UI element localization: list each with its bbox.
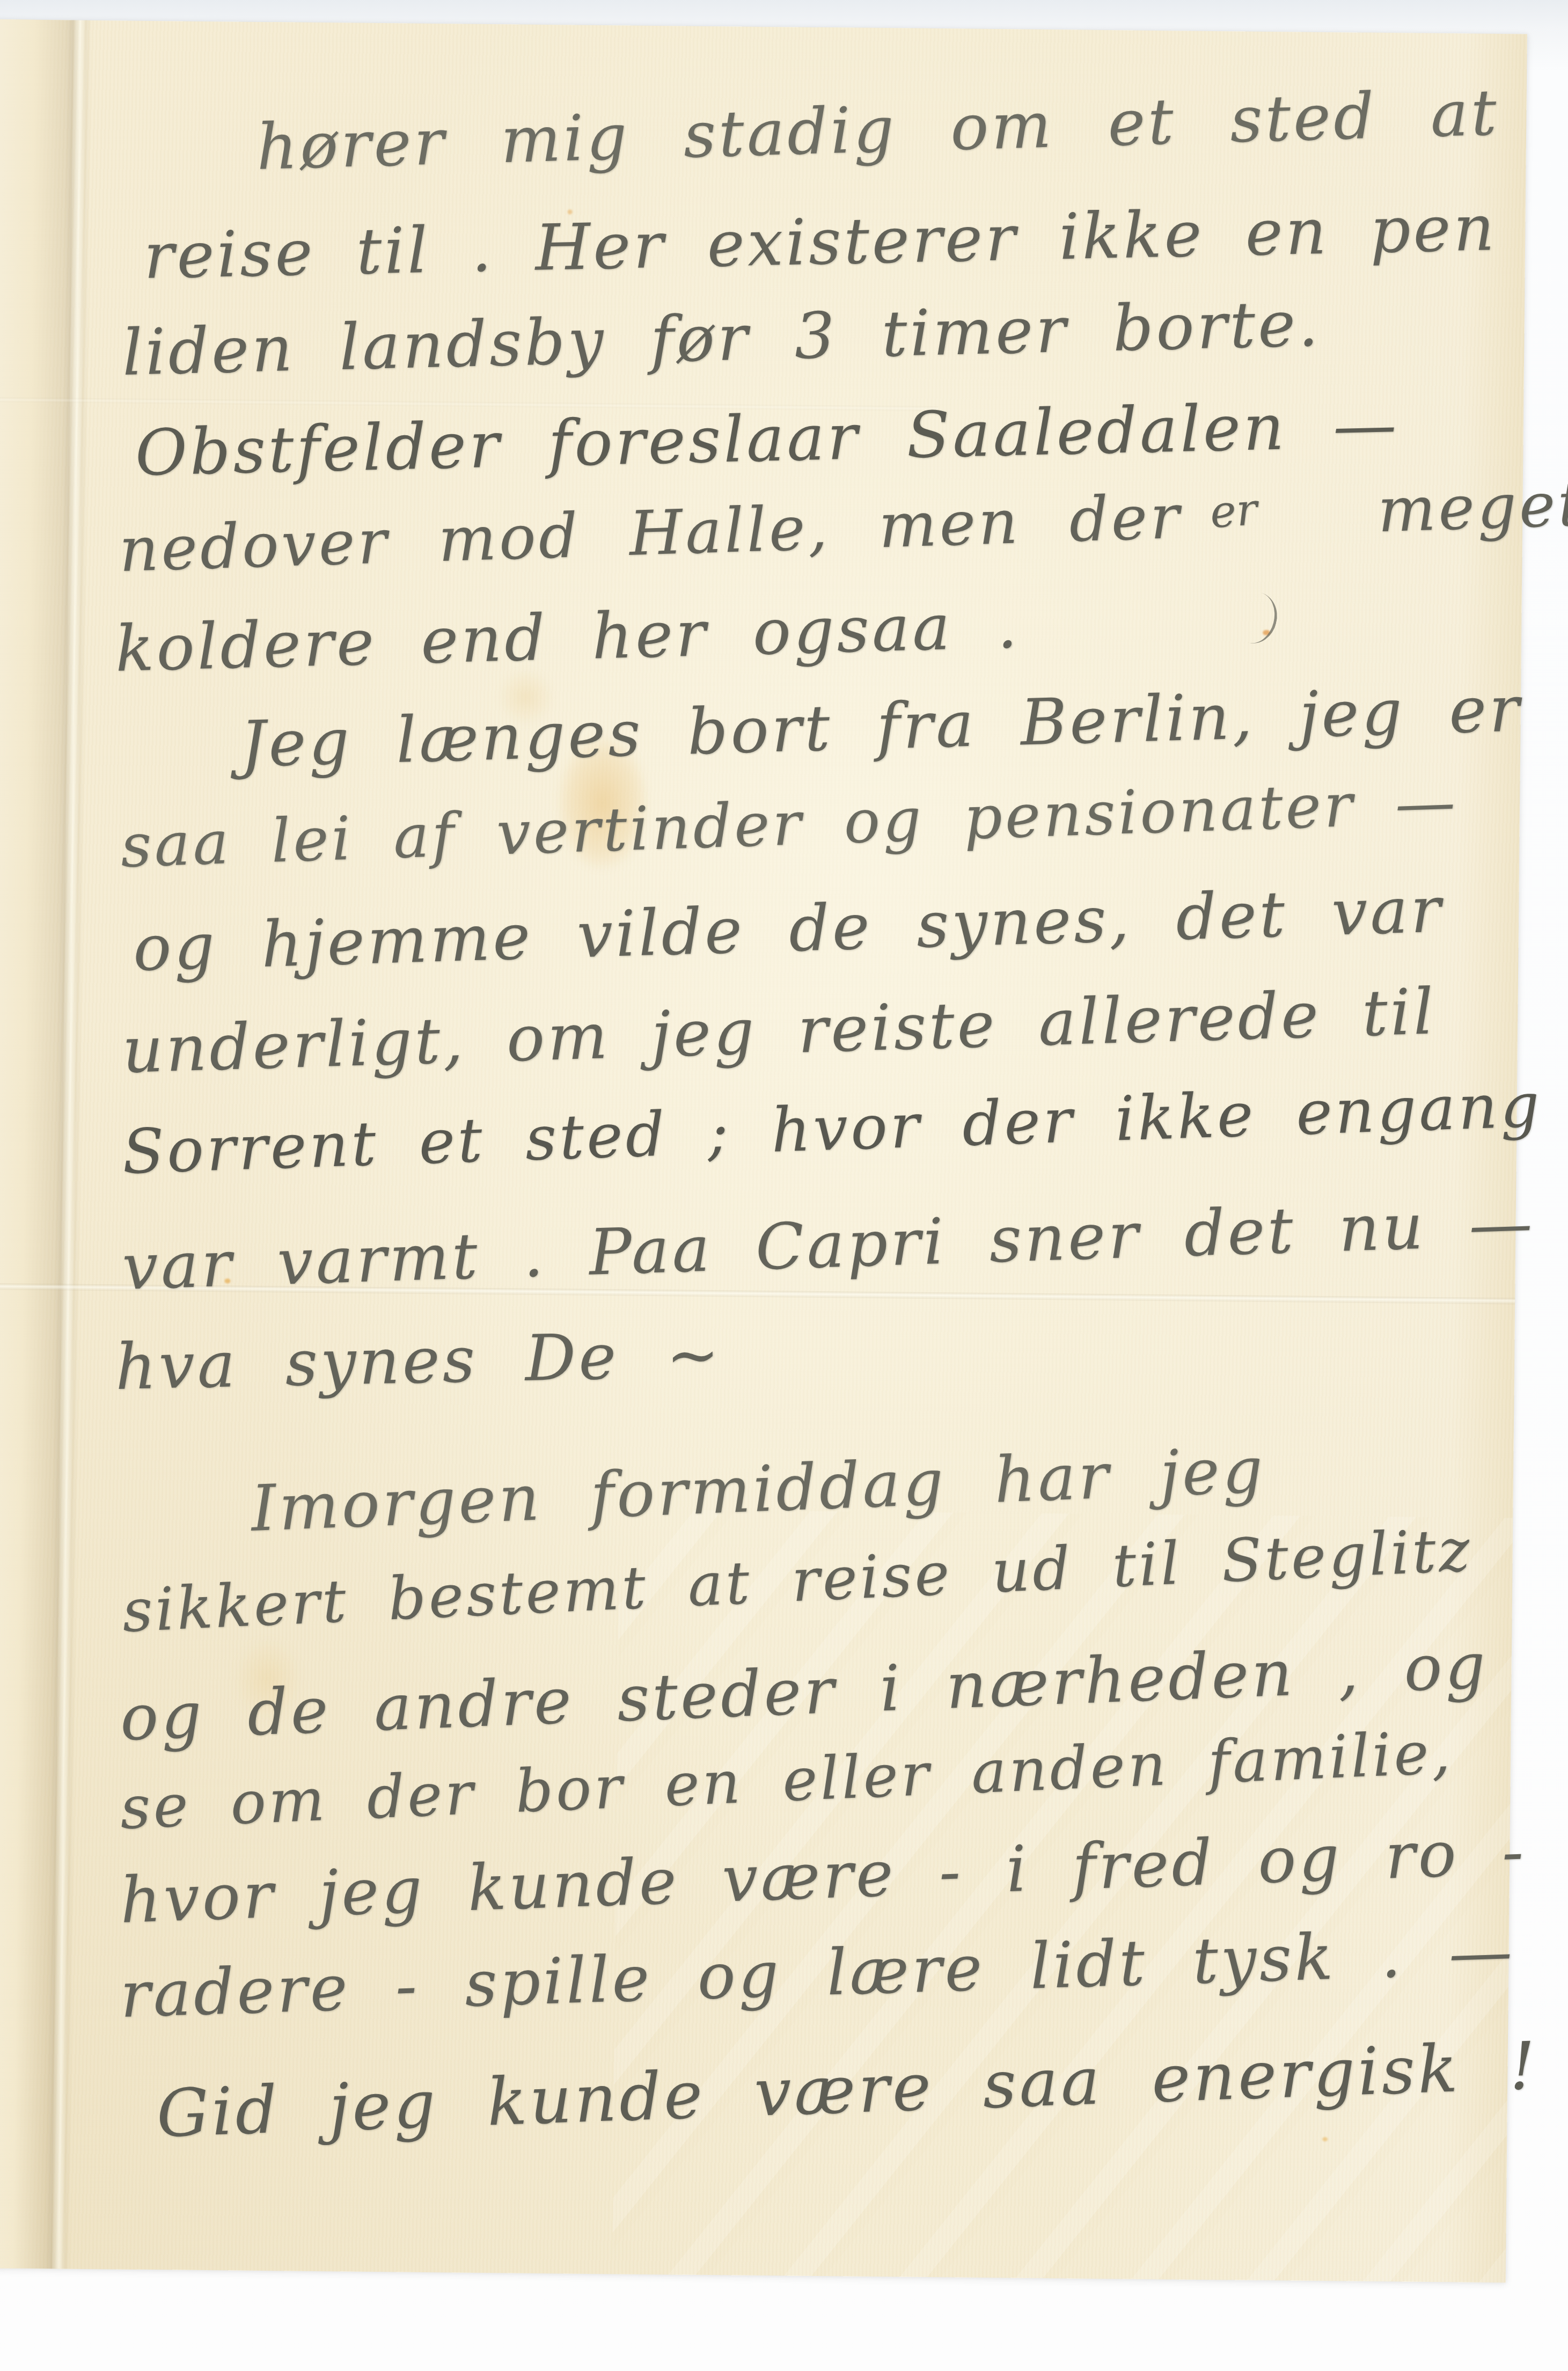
paper-speck (1322, 2137, 1328, 2141)
letter-line: hva synes De ~ (115, 1317, 723, 1404)
inserted-word-above-line: er (1208, 484, 1259, 538)
scanned-letter: hører mig stadig om et sted at reise til… (0, 0, 1568, 2371)
